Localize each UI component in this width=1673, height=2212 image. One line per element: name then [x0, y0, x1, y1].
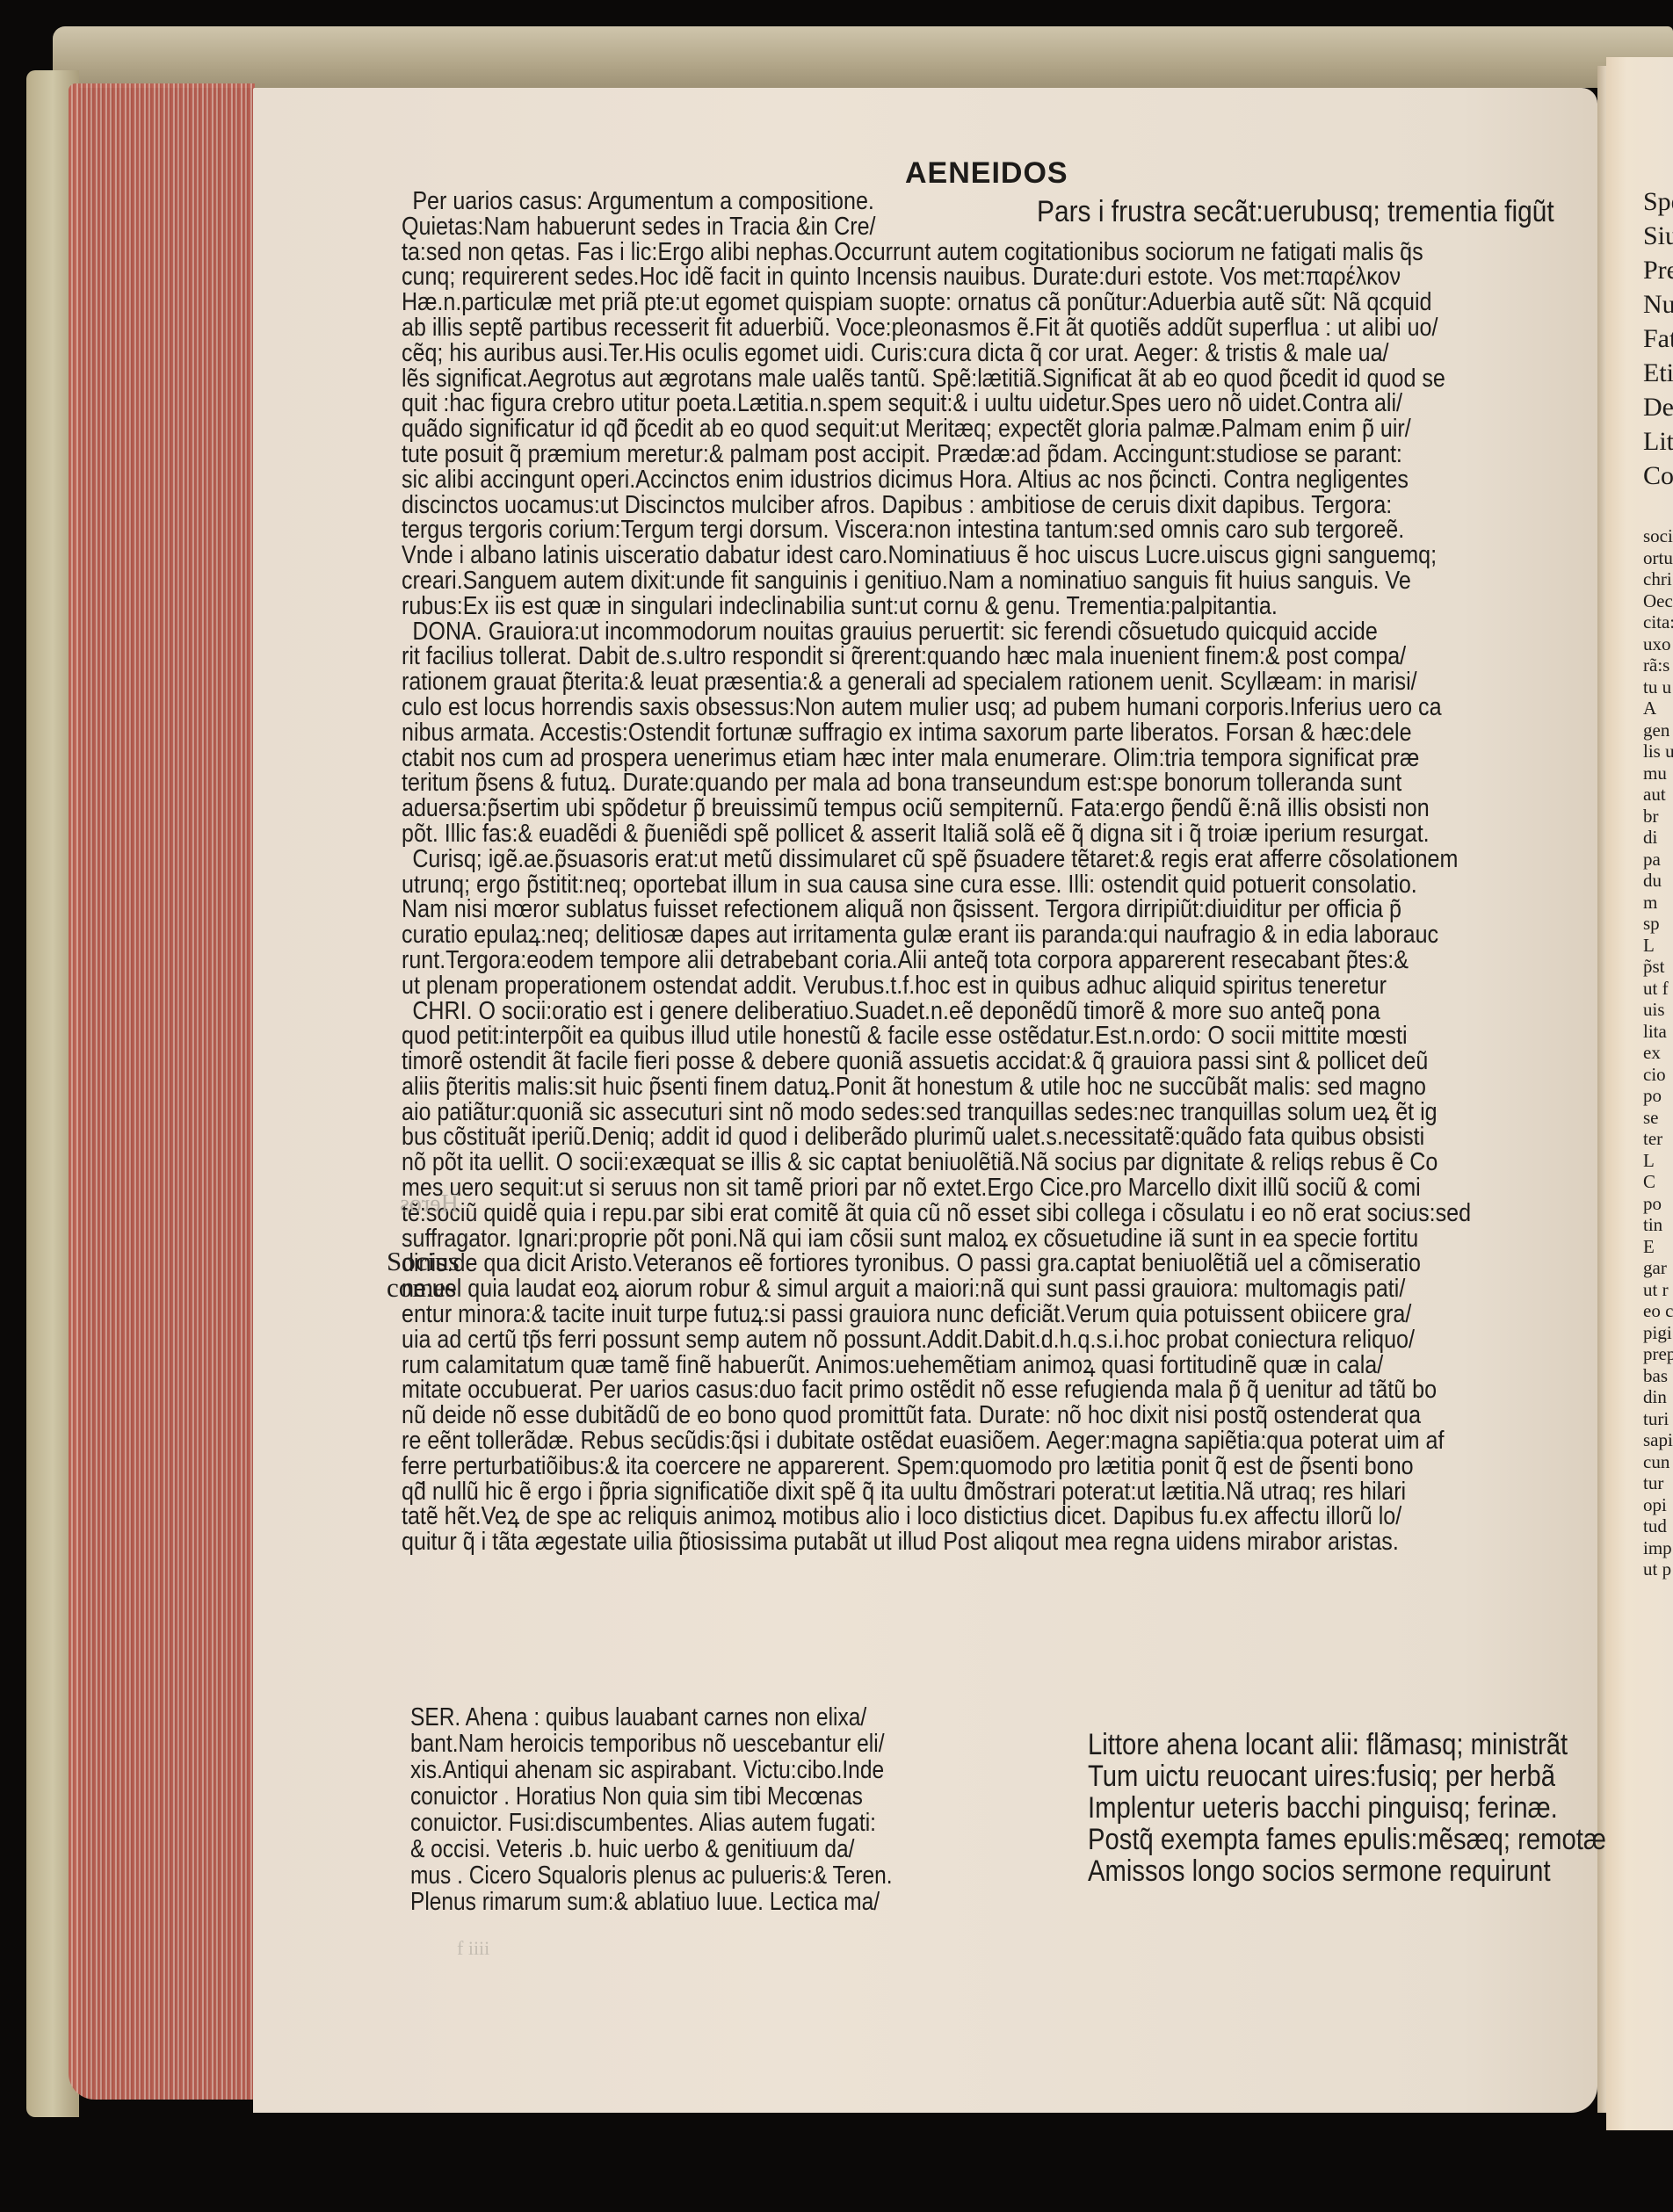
running-head: AENEIDOS — [905, 156, 1068, 191]
text-line: mitate occubuerat. Per uarios casus:duo … — [402, 1377, 1453, 1403]
text-line: CHRI. O socii:oratio est i genere delibe… — [402, 999, 1453, 1024]
text-line: Tum uictu reuocant uires:fusiq; per herb… — [1088, 1760, 1606, 1792]
text-line: ter — [1643, 1128, 1673, 1150]
text-line: põt. Illic fas:& euadẽdi & p̃ueniẽdi spẽ… — [402, 821, 1453, 847]
text-line: cẽq; his auribus ausi.Ter.His oculis ego… — [402, 341, 1453, 366]
text-line: lita — [1643, 1021, 1673, 1043]
text-line: ut f — [1643, 978, 1673, 1000]
text-line: Curisq; igẽ.ae.p̃suasoris erat:ut metũ d… — [402, 847, 1453, 872]
text-line: ab illis septẽ partibus recesserit fit a… — [402, 315, 1453, 341]
text-line: gar — [1643, 1257, 1673, 1279]
text-line: po — [1643, 1085, 1673, 1107]
text-line: discinctos uocamus:ut Discinctos mulcibe… — [402, 493, 1453, 518]
show-through-marginal: Heros — [400, 1190, 459, 1218]
text-line: Nur — [1643, 287, 1673, 322]
text-line: Fata — [1643, 322, 1673, 356]
text-line: nibus armata. Accestis:Ostendit fortunæ … — [402, 720, 1453, 746]
text-line: uis — [1643, 999, 1673, 1021]
text-line: runt.Tergora:eodem tempore alii detrabeb… — [402, 948, 1453, 973]
text-line: Quietas:Nam habuerunt sedes in Tracia &i… — [402, 214, 1453, 240]
text-line: bus cõstituãt iperiũ.Deniq; addit id quo… — [402, 1124, 1453, 1150]
text-line: nũ deide nõ esse dubitãdũ de eo bono quo… — [402, 1403, 1453, 1428]
text-line: suffragator. Ignari:proprie põt poni.Nã … — [402, 1226, 1453, 1252]
text-line: br — [1643, 806, 1673, 828]
text-line: Litt — [1643, 424, 1673, 459]
text-line: pa — [1643, 849, 1673, 871]
text-line: & occisi. Veteris .b. huic uerbo & genit… — [410, 1836, 985, 1862]
text-line: rum calamitatum quæ tamẽ finẽ habuerũt. … — [402, 1353, 1453, 1378]
text-line: opi — [1643, 1494, 1673, 1516]
text-line: conuictor . Horatius Non quia sim tibi M… — [410, 1783, 985, 1810]
text-line: pigi — [1643, 1322, 1673, 1344]
text-line: curatio epulaꝝ:neq; delitiosæ dapes aut … — [402, 922, 1453, 948]
text-line: imp — [1643, 1537, 1673, 1559]
text-line: cun — [1643, 1451, 1673, 1473]
text-line: uia ad certũ tp̃s ferri possunt semp aut… — [402, 1327, 1453, 1353]
text-line: tin — [1643, 1214, 1673, 1236]
text-line: aio patiãtur:quoniã sic assecuturi sint … — [402, 1100, 1453, 1125]
text-line: bas — [1643, 1365, 1673, 1387]
text-line: lis u — [1643, 741, 1673, 763]
signature-mark: f iiii — [457, 1937, 489, 1960]
text-line: ferre perturbatiõibus:& ita coercere ne … — [402, 1454, 1453, 1479]
text-line: soci — [1643, 525, 1673, 547]
text-line: ut plenam properationem ostendat addit. … — [402, 973, 1453, 999]
servius-commentary-block: SER. Ahena : quibus lauabant carnes non … — [410, 1704, 985, 1915]
commentary-text: Per uarios casus: Argumentum a compositi… — [402, 189, 1453, 1555]
text-line: cunq; requirerent sedes.Hoc idẽ facit in… — [402, 264, 1453, 290]
text-line: qd̃ nullũ hic ẽ ergo i p̃pria significat… — [402, 1479, 1453, 1505]
text-line: tur — [1643, 1472, 1673, 1494]
text-line: Spe — [1643, 184, 1673, 219]
text-line: lẽs significat.Aegrotus aut ægrotans mal… — [402, 366, 1453, 392]
text-line: ta:sed non qetas. Fas i lic:Ergo alibi n… — [402, 240, 1453, 265]
text-line: dinis:de qua dicit Aristo.Veteranos eẽ f… — [402, 1251, 1453, 1276]
right-page-verse-fragments: SpeSiuePrecNurFataEtiaDelsLittCor — [1643, 184, 1673, 493]
text-line: ut p — [1643, 1558, 1673, 1580]
text-line: eo c — [1643, 1300, 1673, 1322]
marginal-note-comes: comes — [387, 1272, 456, 1304]
text-line: ut r — [1643, 1279, 1673, 1301]
text-line: mus . Cicero Squaloris plenus ac pulueri… — [410, 1862, 985, 1889]
text-line: di — [1643, 827, 1673, 849]
text-line: ne:uel quia laudat eoꝝ aiorum robur & si… — [402, 1276, 1453, 1302]
text-line: re eẽnt tollerãdæ. Rebus secũdis:q̃si i … — [402, 1428, 1453, 1454]
text-line: Prec — [1643, 253, 1673, 287]
text-line: ex — [1643, 1042, 1673, 1064]
text-line: quãdo significatur id qd̃ p̃cedit ab eo … — [402, 416, 1453, 442]
text-line: sp — [1643, 913, 1673, 935]
text-line: Postq̃ exempta fames epulis:mẽsæq; remot… — [1088, 1824, 1606, 1855]
text-line: DONA. Grauiora:ut incommodorum nouitas g… — [402, 619, 1453, 645]
red-page-edges — [69, 83, 255, 2100]
text-line: ctabit nos cum ad prospera uenerimus eti… — [402, 746, 1453, 771]
text-line: chri — [1643, 568, 1673, 590]
text-line: aliis p̃teritis malis:sit huic p̃senti f… — [402, 1074, 1453, 1100]
text-line: tẽ:sociũ quidẽ quia i repu.par sibi erat… — [402, 1201, 1453, 1226]
text-line: din — [1643, 1386, 1673, 1408]
text-line: xis.Antiqui ahenam sic aspirabant. Victu… — [410, 1757, 985, 1783]
text-line: culo est locus horrendis saxis obsessus:… — [402, 695, 1453, 720]
text-line: Nam nisi mœror sublatus fuisset refectio… — [402, 897, 1453, 922]
text-line: uxo — [1643, 633, 1673, 655]
vellum-binding-top — [53, 26, 1673, 88]
text-line: cio — [1643, 1064, 1673, 1086]
text-line: rit facilius tollerat. Dabit de.s.ultro … — [402, 644, 1453, 669]
text-line: SER. Ahena : quibus lauabant carnes non … — [410, 1704, 985, 1731]
text-line: Implentur ueteris bacchi pinguisq; ferin… — [1088, 1792, 1606, 1824]
text-line: entur minora:& tacite inuit turpe futuꝝ:… — [402, 1302, 1453, 1327]
text-line: tud — [1643, 1515, 1673, 1537]
text-line: se — [1643, 1107, 1673, 1129]
right-page-commentary-fragments: sociortuchriOeccita:uxorã:stu uAgenlis u… — [1643, 525, 1673, 1580]
text-line: quit :hac figura crebro utitur poeta.Læt… — [402, 391, 1453, 416]
text-line: gen — [1643, 719, 1673, 741]
text-line: C — [1643, 1171, 1673, 1193]
text-line: Dels — [1643, 390, 1673, 424]
text-line: Siue — [1643, 219, 1673, 253]
aeneid-verse-block: Littore ahena locant alii: flãmasq; mini… — [1088, 1729, 1606, 1887]
text-line: rationem grauat p̃terita:& leuat præsent… — [402, 669, 1453, 695]
text-line: mu — [1643, 763, 1673, 784]
text-line: du — [1643, 870, 1673, 892]
text-line: Vnde i albano latinis uisceratio dabatur… — [402, 543, 1453, 568]
text-line: Hæ.n.particulæ met priã pte:ut egomet qu… — [402, 290, 1453, 315]
text-line: aduersa:p̃sertim ubi spõdetur p̃ breuiss… — [402, 796, 1453, 821]
text-line: quod petit:interpõit ea quibus illud uti… — [402, 1023, 1453, 1049]
text-line: A — [1643, 698, 1673, 719]
text-line: m — [1643, 892, 1673, 914]
text-line: ortu — [1643, 547, 1673, 569]
text-line: L — [1643, 1150, 1673, 1172]
text-line: Plenus rimarum sum:& ablatiuo Iuue. Lect… — [410, 1889, 985, 1915]
text-line: aut — [1643, 784, 1673, 806]
text-line: prep — [1643, 1343, 1673, 1365]
text-line: conuictor. Fusi:discumbentes. Alias aute… — [410, 1810, 985, 1836]
text-line: nõ põt ita uellit. O socii:exæquat se il… — [402, 1150, 1453, 1175]
text-line: tatẽ hẽt.Veꝝ de spe ac reliquis animoꝝ m… — [402, 1504, 1453, 1529]
text-line: Etia — [1643, 356, 1673, 390]
text-line: utrunq; ergo p̃stitit:neq; oportebat ill… — [402, 872, 1453, 898]
text-line: Littore ahena locant alii: flãmasq; mini… — [1088, 1729, 1606, 1760]
text-line: cita: — [1643, 611, 1673, 633]
text-line: p̃st — [1643, 956, 1673, 978]
text-line: tergus tergoris corium:Tergum tergi dors… — [402, 517, 1453, 543]
text-line: tute posuit q̃ præmium meretur:& palmam … — [402, 442, 1453, 467]
text-line: bant.Nam heroicis temporibus nõ uesceban… — [410, 1731, 985, 1757]
text-line: timorẽ ostendit ãt facile fieri posse & … — [402, 1049, 1453, 1074]
text-line: Amissos longo socios sermone requirunt — [1088, 1855, 1606, 1887]
text-line: creari.Sanguem autem dixit:unde fit sang… — [402, 568, 1453, 594]
text-line: rubus:Ex iis est quæ in singulari indecl… — [402, 594, 1453, 619]
text-line: sapi — [1643, 1429, 1673, 1451]
text-line: Oec — [1643, 590, 1673, 612]
text-line: sic alibi accingunt operi.Accinctos enim… — [402, 467, 1453, 493]
text-line: E — [1643, 1236, 1673, 1258]
text-line: Cor — [1643, 459, 1673, 493]
text-line: Per uarios casus: Argumentum a compositi… — [402, 189, 1453, 214]
text-line: teritum p̃sens & futuꝝ. Durate:quando pe… — [402, 770, 1453, 796]
text-line: mes uero sequit:ut si seruus non sit tam… — [402, 1175, 1453, 1201]
text-line: tu u — [1643, 676, 1673, 698]
text-line: po — [1643, 1193, 1673, 1215]
text-line: turi — [1643, 1408, 1673, 1430]
text-line: quitur q̃ i tãta ægestate uilia p̃tiosis… — [402, 1529, 1453, 1555]
text-line: L — [1643, 935, 1673, 957]
text-line: rã:s — [1643, 654, 1673, 676]
